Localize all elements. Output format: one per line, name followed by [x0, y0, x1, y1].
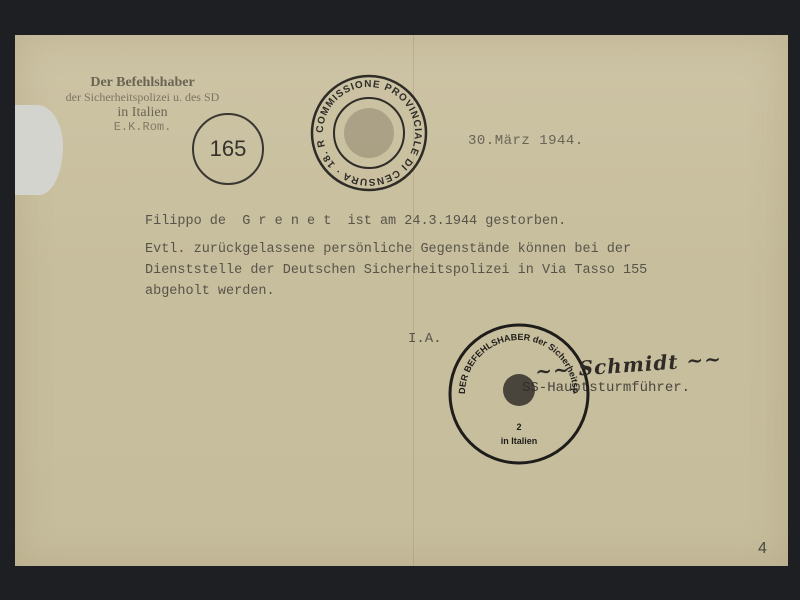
- page-number: 4: [758, 540, 767, 558]
- body-paragraph-2-line-2: Dienststelle der Deutschen Sicherheitspo…: [145, 260, 765, 281]
- ia-abbreviation: I.A.: [408, 331, 442, 347]
- body-paragraph-2-line-1: Evtl. zurückgelassene persönliche Gegens…: [145, 239, 765, 260]
- letterhead-line-1: Der Befehlshaber: [25, 75, 260, 90]
- censor-emblem-icon: [344, 108, 394, 158]
- official-emblem-icon: [503, 374, 535, 406]
- letter-body: Filippo de G r e n e t ist am 24.3.1944 …: [145, 211, 765, 302]
- reference-number: 165: [210, 136, 247, 162]
- censor-stamp: COMMISSIONE PROVINCIALE DI CENSURA · 18.…: [309, 73, 429, 193]
- reference-number-stamp: 165: [192, 113, 264, 185]
- office-stamp: DER BEFEHLSHABER der Sicherheitspolizei …: [447, 322, 591, 466]
- office-stamp-bottom-text: in Italien: [501, 436, 538, 446]
- office-stamp-number: 2: [516, 422, 521, 432]
- letterhead-line-2: der Sicherheitspolizei u. des SD: [25, 90, 260, 105]
- body-paragraph-2-line-3: abgeholt werden.: [145, 281, 765, 302]
- document-page: Der Befehlshaber der Sicherheitspolizei …: [15, 35, 788, 566]
- body-paragraph-1: Filippo de G r e n e t ist am 24.3.1944 …: [145, 211, 765, 232]
- document-date: 30.März 1944.: [468, 133, 584, 149]
